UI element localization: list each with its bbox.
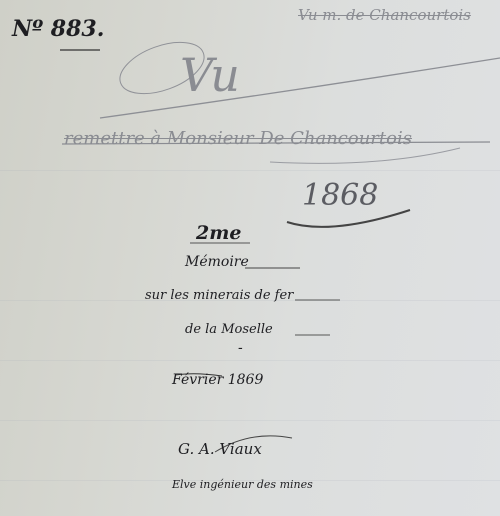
author-signature: G. A. Viaux	[178, 440, 262, 458]
title-line-1: Mémoire	[185, 254, 249, 270]
ordinal: 2me	[196, 222, 241, 244]
title-line-3: de la Moselle	[185, 322, 273, 337]
vu-mark: Vu	[180, 48, 240, 102]
year-pencil: 1868	[302, 178, 378, 213]
separator-dash: -	[238, 340, 243, 356]
manuscript-page: Nº 883. Vu m. de Chancourtois Vu remettr…	[0, 0, 500, 516]
reference-number: Nº 883.	[12, 16, 104, 42]
author-title: Elve ingénieur des mines	[172, 478, 313, 491]
pen-flourishes	[0, 0, 500, 516]
date: Février 1869	[172, 372, 263, 388]
struck-dedication: remettre à Monsieur De Chancourtois	[64, 128, 412, 149]
top-right-note: Vu m. de Chancourtois	[298, 6, 471, 24]
title-line-2: sur les minerais de fer	[145, 288, 293, 303]
